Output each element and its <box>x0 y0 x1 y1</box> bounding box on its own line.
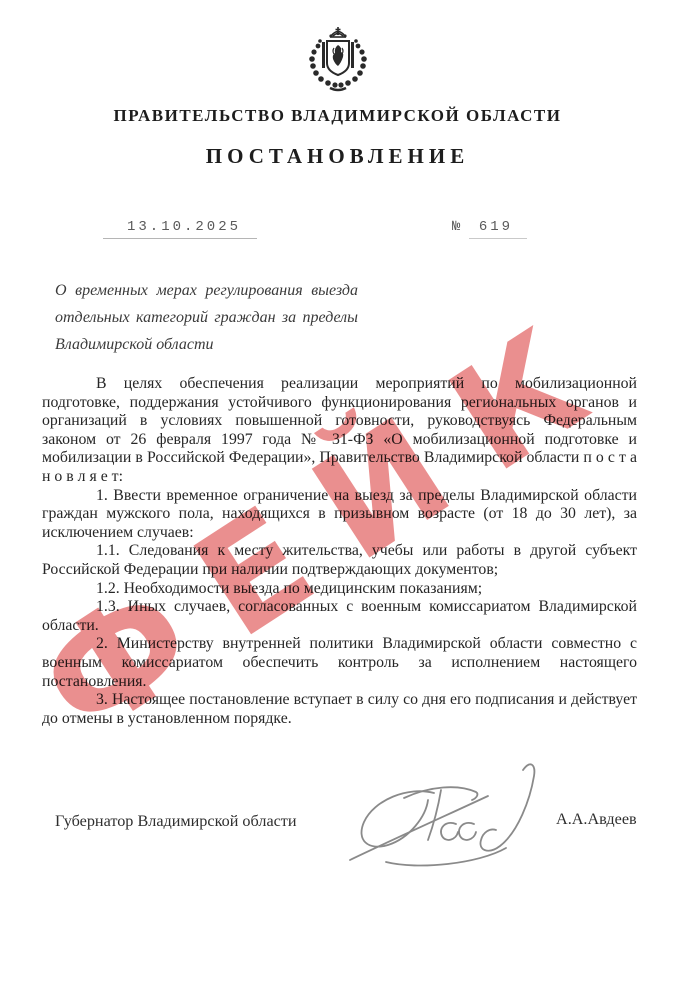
document-body: В целях обеспечения реализации мероприят… <box>42 375 637 728</box>
document-type-title: ПОСТАНОВЛЕНИЕ <box>0 144 675 169</box>
coat-of-arms-icon <box>300 24 376 101</box>
document-number: 619 <box>469 219 527 239</box>
document-subject: О временных мерах регулирования выезда о… <box>55 277 358 358</box>
paragraph-item-1: 1. Ввести временное ограничение на выезд… <box>42 487 637 543</box>
paragraph-item-1-1: 1.1. Следования к месту жительства, учеб… <box>42 542 637 579</box>
handwritten-signature <box>338 748 543 883</box>
paragraph-item-3: 3. Настоящее постановление вступает в си… <box>42 691 637 728</box>
paragraph-preamble: В целях обеспечения реализации мероприят… <box>42 375 637 487</box>
paragraph-item-1-3: 1.3. Иных случаев, согласованных с военн… <box>42 598 637 635</box>
signatory-name: А.А.Авдеев <box>556 810 637 829</box>
number-sign: № <box>452 219 460 235</box>
decree-document-page: ПРАВИТЕЛЬСТВО ВЛАДИМИРСКОЙ ОБЛАСТИ ПОСТА… <box>0 0 675 1000</box>
date-number-row: 13.10.2025 № 619 <box>0 219 675 247</box>
paragraph-item-1-2: 1.2. Необходимости выезда по медицинским… <box>42 580 637 599</box>
document-date: 13.10.2025 <box>103 219 257 239</box>
signatory-title: Губернатор Владимирской области <box>55 812 297 831</box>
paragraph-item-2: 2. Министерству внутренней политики Влад… <box>42 635 637 691</box>
document-number-field: № 619 <box>452 219 527 235</box>
government-name: ПРАВИТЕЛЬСТВО ВЛАДИМИРСКОЙ ОБЛАСТИ <box>0 106 675 126</box>
